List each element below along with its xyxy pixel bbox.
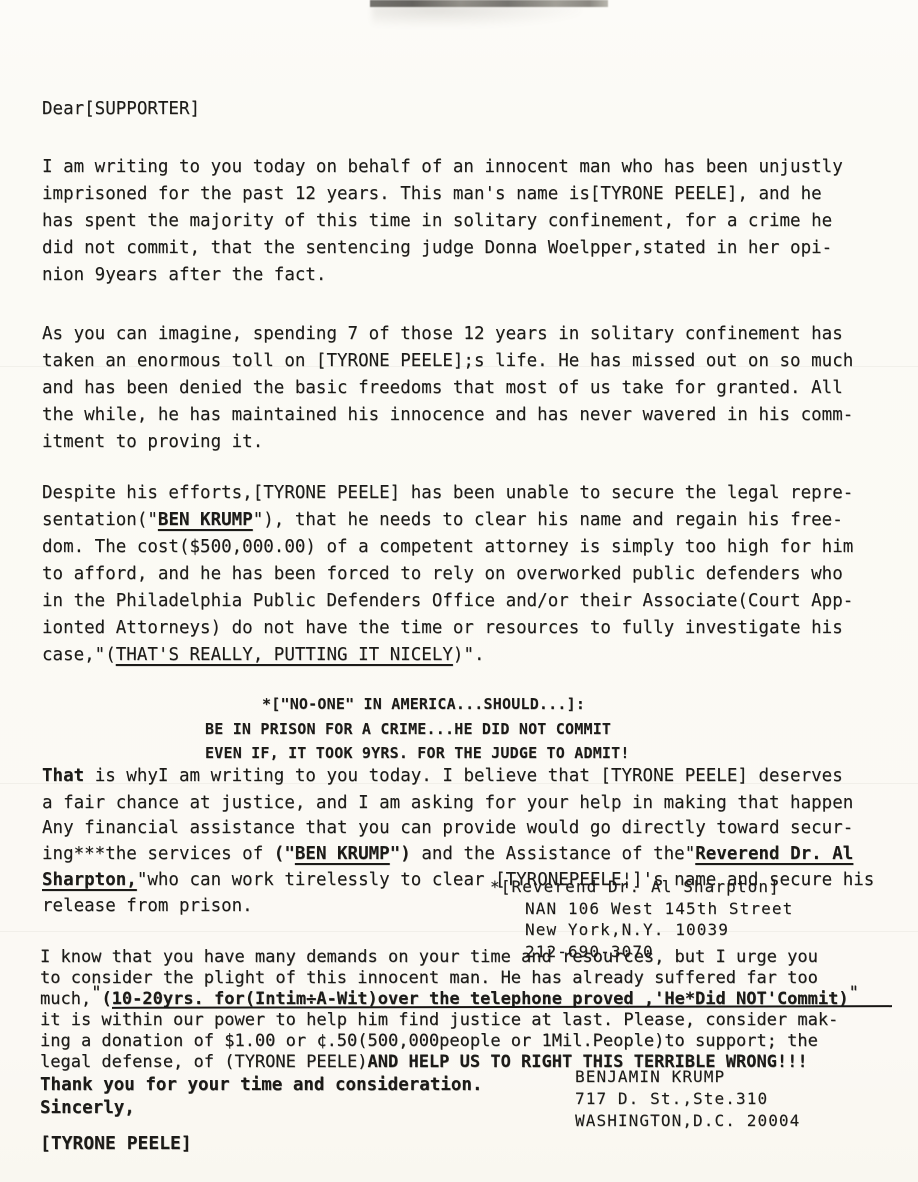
krump-address-block: BENJAMIN KRUMP 717 D. St.,Ste.310 WASHIN… bbox=[575, 1066, 800, 1131]
address-line: New York,N.Y. 10039 bbox=[525, 919, 793, 941]
text-segment: (" bbox=[274, 844, 295, 864]
ben-krump-highlight: BEN KRUMP bbox=[295, 844, 390, 864]
text-line: taken an enormous toll on [TYRONE PEELE]… bbox=[42, 348, 853, 375]
text-segment: is whyI am writing to you today. I belie… bbox=[84, 766, 843, 786]
text-line: ionted Attorneys) do not have the time o… bbox=[42, 615, 853, 642]
address-line: NAN 106 West 145th Street bbox=[525, 898, 793, 920]
raised-quote: " bbox=[849, 983, 859, 1003]
signature: [TYRONE PEELE] bbox=[40, 1133, 192, 1154]
scan-smudge-soft bbox=[372, 5, 582, 27]
text-segment: sentation(" bbox=[42, 510, 158, 530]
closing-block: Thank you for your time and consideratio… bbox=[40, 1074, 483, 1120]
text-line: has spent the majority of this time in s… bbox=[42, 208, 843, 235]
paragraph-legal: Despite his efforts,[TYRONE PEELE] has b… bbox=[42, 480, 853, 669]
text-line: As you can imagine, spending 7 of those … bbox=[42, 321, 853, 348]
address-line: BENJAMIN KRUMP bbox=[575, 1066, 800, 1088]
text-segment: legal defense, of (TYRONE PEELE) bbox=[40, 1052, 368, 1072]
notice-line: *["NO-ONE" IN AMERICA...SHOULD...]: bbox=[205, 692, 630, 717]
typewritten-letter-page: Dear[SUPPORTER] I am writing to you toda… bbox=[0, 0, 918, 1182]
text-segment: )". bbox=[453, 645, 485, 665]
paragraph-intro: I am writing to you today on behalf of a… bbox=[42, 154, 843, 289]
text-segment: ing***the services of bbox=[42, 844, 274, 864]
sincerely-line: Sincerly, bbox=[40, 1097, 483, 1120]
paragraph-solitary: As you can imagine, spending 7 of those … bbox=[42, 321, 853, 456]
paragraph-appeal: That is whyI am writing to you today. I … bbox=[42, 763, 853, 817]
thanks-line: Thank you for your time and consideratio… bbox=[40, 1074, 483, 1097]
text-segment: much, bbox=[40, 989, 91, 1009]
text-segment: ") bbox=[390, 844, 411, 864]
text-line: nion 9years after the fact. bbox=[42, 262, 843, 289]
ben-krump-highlight: BEN KRUMP bbox=[158, 510, 253, 530]
text-line: the while, he has maintained his innocen… bbox=[42, 402, 853, 429]
text-line: sentation("BEN KRUMP"), that he needs to… bbox=[42, 507, 853, 534]
address-line: *[Reverend Dr. Al Sharpton] bbox=[490, 876, 793, 898]
that-bold: That bbox=[42, 766, 84, 786]
notice-line: BE IN PRISON FOR A CRIME...HE DID NOT CO… bbox=[205, 717, 630, 742]
text-line: imprisoned for the past 12 years. This m… bbox=[42, 181, 843, 208]
paragraph-urge: I know that you have many demands on you… bbox=[40, 947, 859, 1073]
text-line: did not commit, that the sentencing judg… bbox=[42, 235, 843, 262]
text-line: Despite his efforts,[TYRONE PEELE] has b… bbox=[42, 480, 853, 507]
text-line: to consider the plight of this innocent … bbox=[40, 968, 859, 989]
text-line: to afford, and he has been forced to rel… bbox=[42, 561, 853, 588]
text-line: itment to proving it. bbox=[42, 429, 853, 456]
text-line: a fair chance at justice, and I am askin… bbox=[42, 790, 853, 817]
notice-line: EVEN IF, IT TOOK 9YRS. FOR THE JUDGE TO … bbox=[205, 741, 630, 766]
text-line: I know that you have many demands on you… bbox=[40, 947, 859, 968]
nicely-underline: THAT'S REALLY, PUTTING IT NICELY bbox=[116, 645, 453, 665]
text-segment: "), that he needs to clear his name and … bbox=[253, 510, 843, 530]
centered-notice: *["NO-ONE" IN AMERICA...SHOULD...]: BE I… bbox=[205, 692, 630, 766]
sharpton-highlight: Reverend Dr. Al bbox=[695, 844, 853, 864]
address-line: 717 D. St.,Ste.310 bbox=[575, 1088, 800, 1110]
text-line: I am writing to you today on behalf of a… bbox=[42, 154, 843, 181]
text-line: ing a donation of $1.00 or ¢.50(500,000p… bbox=[40, 1031, 859, 1052]
address-line: WASHINGTON,D.C. 20004 bbox=[575, 1110, 800, 1132]
salutation: Dear[SUPPORTER] bbox=[42, 99, 200, 119]
text-line: Any financial assistance that you can pr… bbox=[42, 815, 874, 841]
text-line: That is whyI am writing to you today. I … bbox=[42, 763, 853, 790]
text-segment: case,"( bbox=[42, 645, 116, 665]
text-line: and has been denied the basic freedoms t… bbox=[42, 375, 853, 402]
text-line: case,"(THAT'S REALLY, PUTTING IT NICELY)… bbox=[42, 642, 853, 669]
text-line: dom. The cost($500,000.00) of a competen… bbox=[42, 534, 853, 561]
raised-quote: " bbox=[91, 983, 101, 1003]
text-line: in the Philadelphia Public Defenders Off… bbox=[42, 588, 853, 615]
text-segment: and the Assistance of the" bbox=[411, 844, 695, 864]
text-line: ing***the services of ("BEN KRUMP") and … bbox=[42, 841, 874, 867]
text-line: it is within our power to help him find … bbox=[40, 1010, 859, 1031]
sharpton-highlight: Sharpton, bbox=[42, 870, 137, 890]
